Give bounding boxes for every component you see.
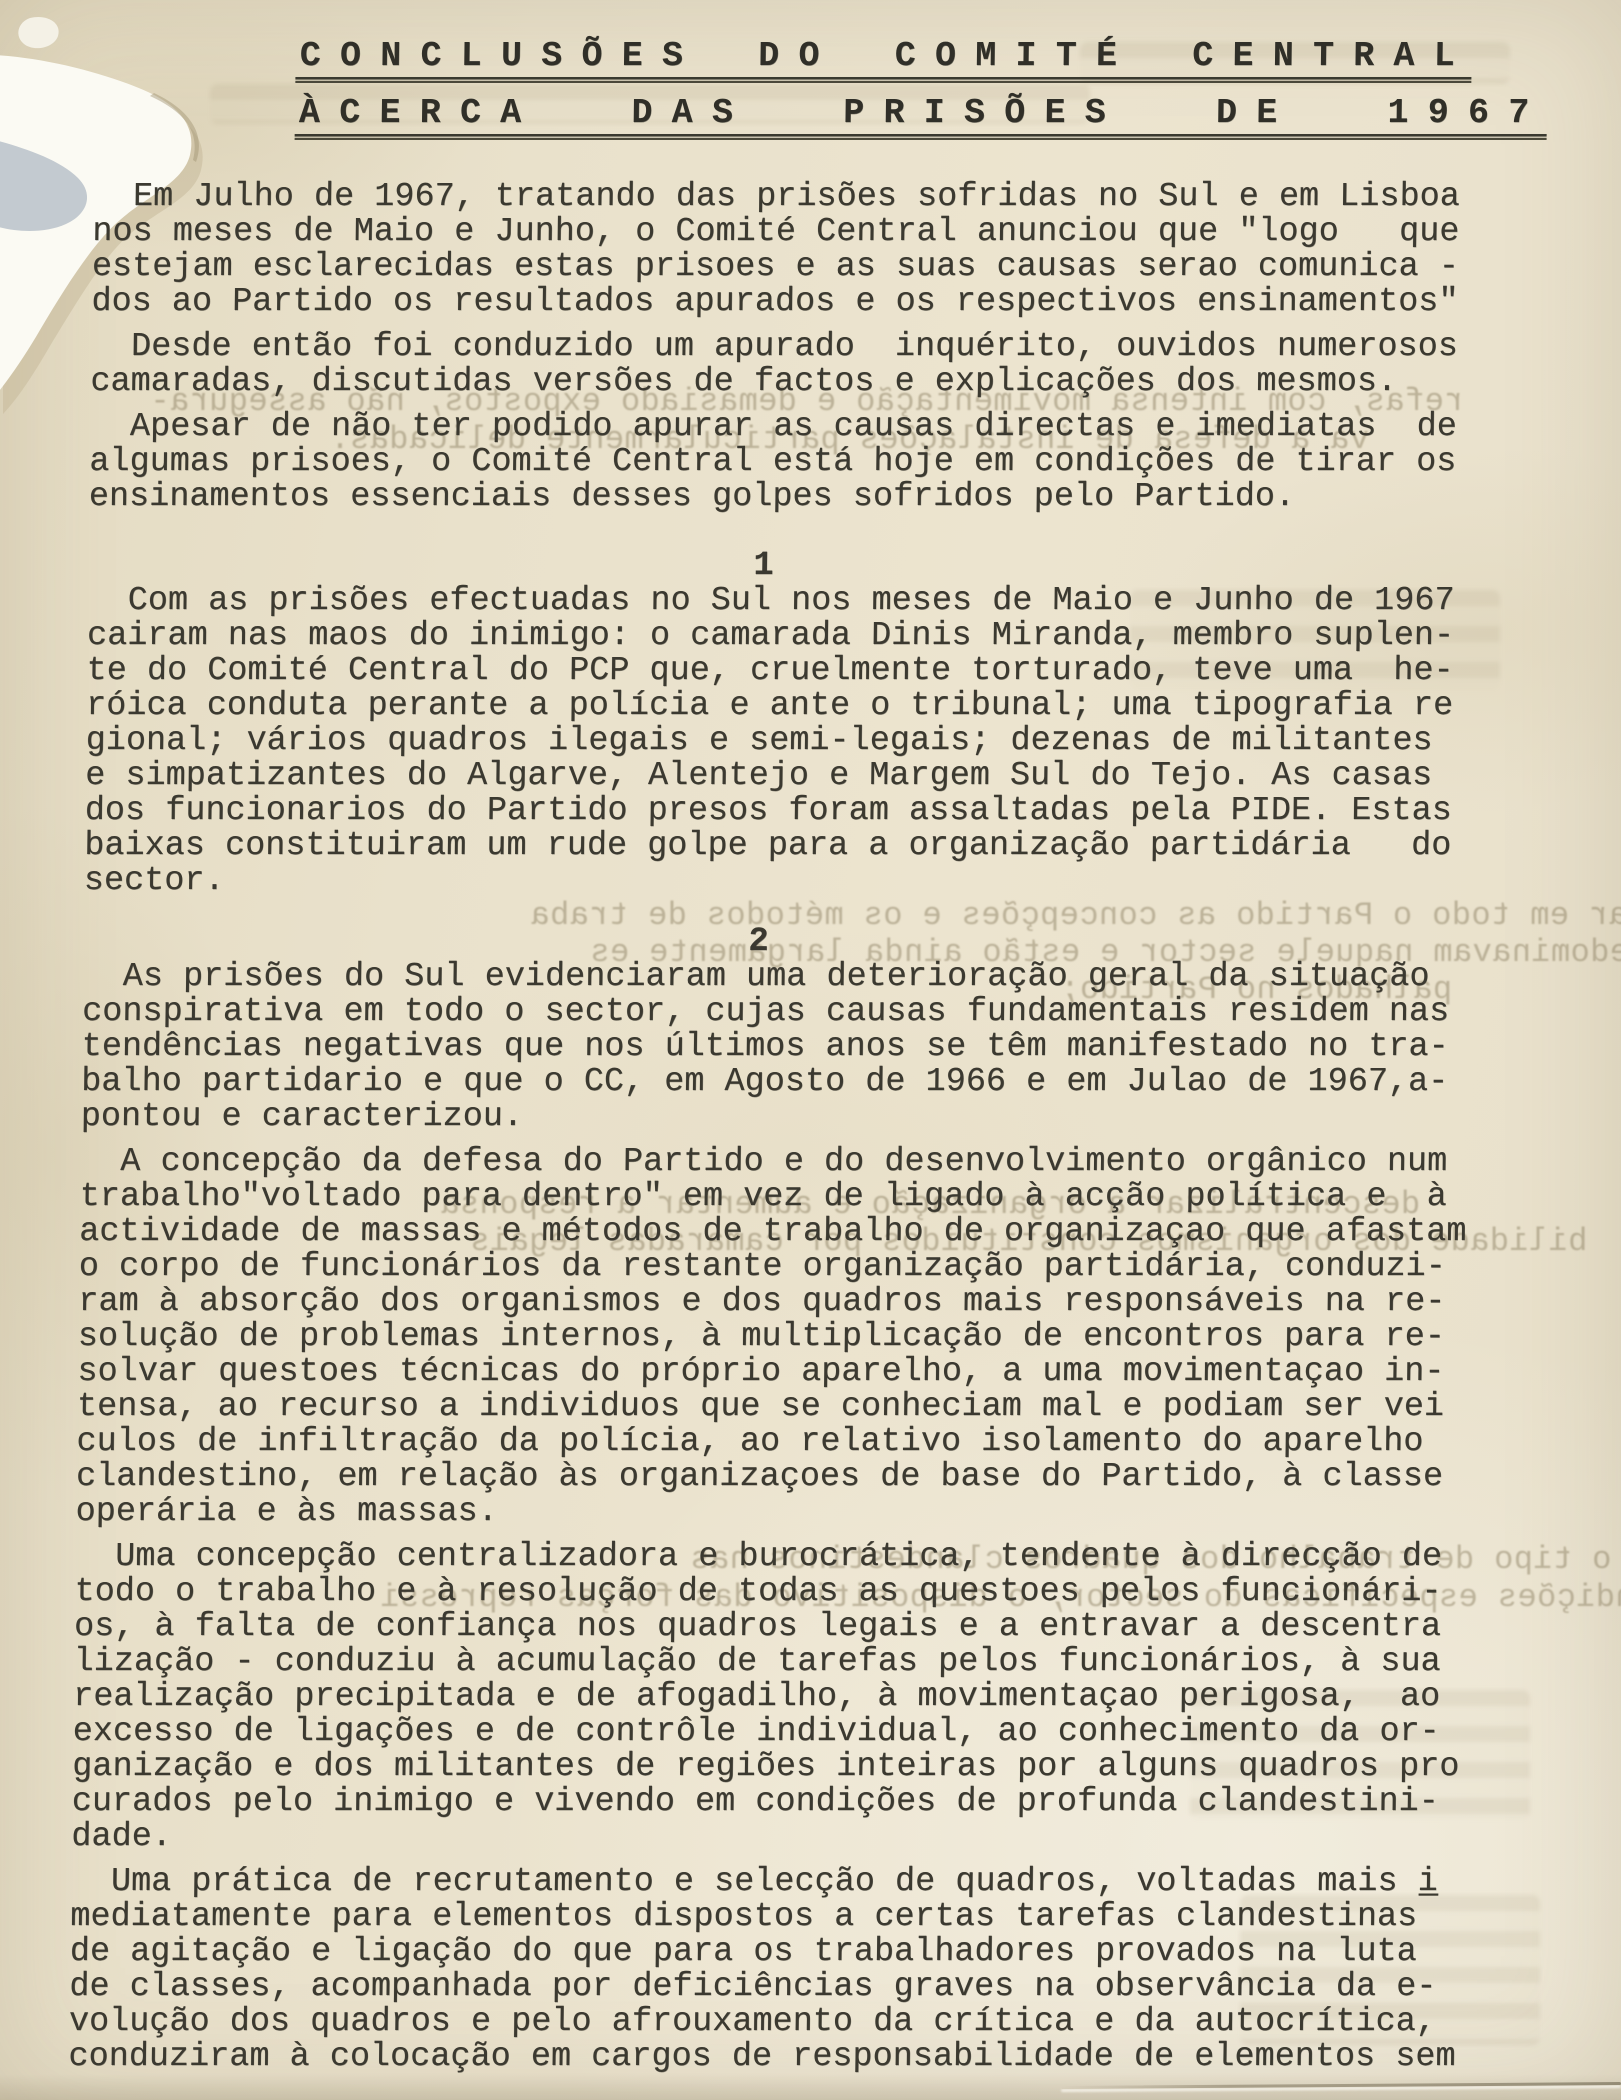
paper-bottom-crease	[0, 2074, 1621, 2100]
section-heading-2: 2	[83, 925, 1434, 960]
typed-content: CONCLUSÕES DO COMITÉ CENTRAL ÀCERCA DAS …	[68, 32, 1566, 2085]
document-title: CONCLUSÕES DO COMITÉ CENTRAL ÀCERCA DAS …	[298, 36, 1565, 150]
paragraph-7: Uma concepção centralizadora e burocráti…	[71, 1540, 1546, 1855]
paragraph-2: Desde então foi conduzido um apurado inq…	[90, 330, 1562, 400]
paragraph-4: Com as prisões efectuadas no Sul nos mes…	[84, 584, 1559, 899]
paragraph-5: As prisões do Sul evidenciaram uma deter…	[81, 960, 1554, 1135]
paragraph-8: Uma prática de recrutamento e selecção d…	[68, 1865, 1542, 2075]
paragraph-1: Em Julho de 1967, tratando das prisões s…	[91, 180, 1564, 320]
section-heading-1: 1	[88, 549, 1439, 584]
title-line-2: ÀCERCA DAS PRISÕES DE 1967	[299, 93, 1549, 133]
title-line-1: CONCLUSÕES DO COMITÉ CENTRAL	[299, 36, 1474, 76]
paragraph-3: Apesar de não ter podido apurar as causa…	[89, 410, 1561, 515]
document-page: refas, com intensa movimentação e demasi…	[0, 0, 1621, 2100]
paragraph-6: A concepção da defesa do Partido e do de…	[75, 1145, 1551, 1530]
